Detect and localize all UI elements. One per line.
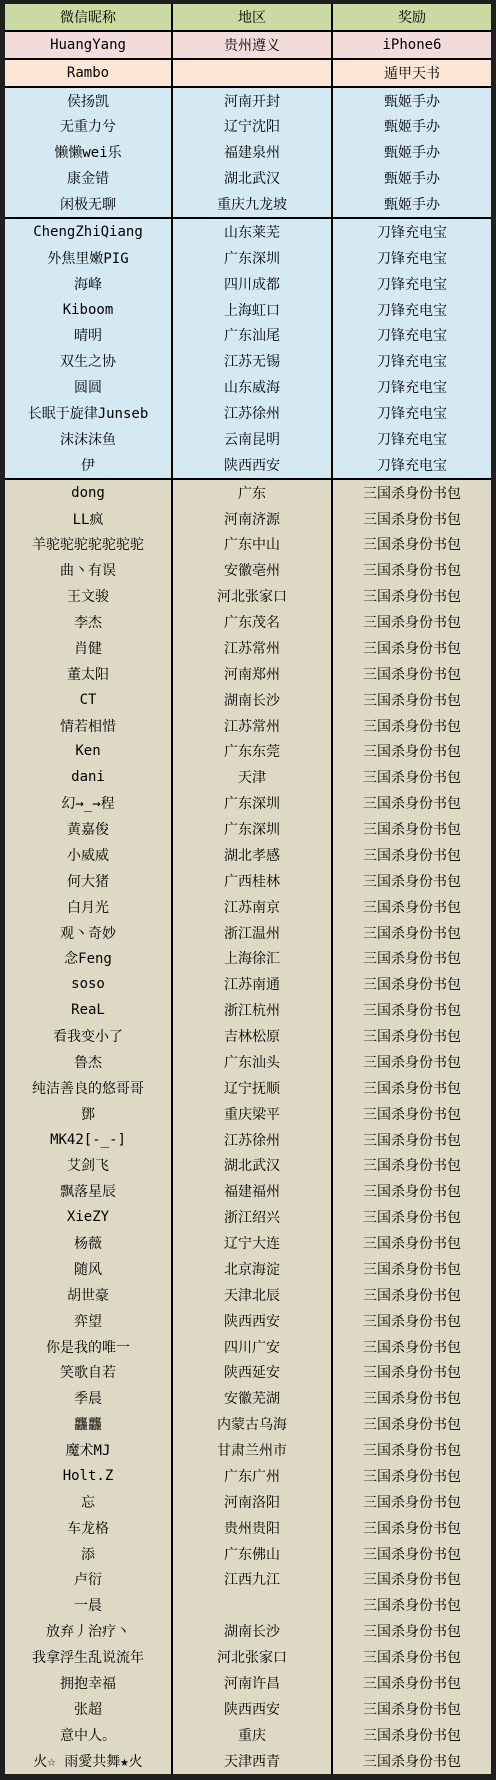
region-cell: 江苏常州: [173, 713, 333, 739]
region-cell: 广西桂林: [173, 868, 333, 894]
region-cell: 山东威海: [173, 374, 333, 400]
reward-cell: 三国杀身份书包: [333, 1127, 491, 1153]
nickname-cell: 圆圆: [5, 374, 173, 400]
bookbag-prize-row: 纯洁善良的悠哥哥辽宁抚顺三国杀身份书包: [5, 1075, 491, 1101]
reward-cell: 三国杀身份书包: [333, 1230, 491, 1256]
nickname-cell: 康金错: [5, 165, 173, 191]
powerbank-prize-row: 海峰四川成都刀锋充电宝: [5, 271, 491, 297]
region-cell: 北京海淀: [173, 1256, 333, 1282]
reward-cell: 三国杀身份书包: [333, 1463, 491, 1489]
bookbag-prize-row: 艾剑飞湖北武汉三国杀身份书包: [5, 1153, 491, 1179]
nickname-cell: 意中人。: [5, 1722, 173, 1748]
bookbag-prize-row: 意中人。重庆三国杀身份书包: [5, 1722, 491, 1748]
nickname-cell: 观丶奇妙: [5, 920, 173, 946]
nickname-cell: 懒懒wei乐: [5, 139, 173, 165]
bookbag-prize-row: 一晨三国杀身份书包: [5, 1592, 491, 1618]
bookbag-prize-row: XieZY浙江绍兴三国杀身份书包: [5, 1204, 491, 1230]
nickname-cell: dani: [5, 764, 173, 790]
region-cell: 湖北武汉: [173, 1153, 333, 1179]
nickname-cell: 拥抱幸福: [5, 1670, 173, 1696]
bookbag-prize-row: 随风北京海淀三国杀身份书包: [5, 1256, 491, 1282]
region-cell: 重庆九龙坡: [173, 191, 333, 217]
region-cell: 浙江温州: [173, 920, 333, 946]
nickname-cell: 外焦里嫩PIG: [5, 245, 173, 271]
bookbag-prize-row: 放弃丿治疗丶湖南长沙三国杀身份书包: [5, 1618, 491, 1644]
bookbag-prize-row: ReaL浙江杭州三国杀身份书包: [5, 997, 491, 1023]
column-header-region: 地区: [173, 4, 333, 30]
bookbag-prize-row: 王文骏河北张家口三国杀身份书包: [5, 583, 491, 609]
nickname-cell: 杨薇: [5, 1230, 173, 1256]
reward-cell: 三国杀身份书包: [333, 1204, 491, 1230]
reward-cell: 三国杀身份书包: [333, 1515, 491, 1541]
bookbag-prize-row: 你是我的唯一四川广安三国杀身份书包: [5, 1334, 491, 1360]
reward-cell: 三国杀身份书包: [333, 1541, 491, 1567]
reward-cell: 三国杀身份书包: [333, 1360, 491, 1386]
region-cell: 辽宁沈阳: [173, 114, 333, 140]
table-header-row: 微信昵称 地区 奖励: [5, 4, 491, 30]
reward-cell: 刀锋充电宝: [333, 297, 491, 323]
region-cell: 广东东莞: [173, 739, 333, 765]
bookbag-prize-row: 季晨安徽芜湖三国杀身份书包: [5, 1385, 491, 1411]
bookbag-prize-row: LL疯河南济源三国杀身份书包: [5, 506, 491, 532]
reward-cell: 三国杀身份书包: [333, 635, 491, 661]
nickname-cell: 火☆ 雨愛共舞★火: [5, 1748, 173, 1774]
reward-cell: 甄姬手办: [333, 139, 491, 165]
special-prize-row: Rambo遁甲天书: [5, 58, 491, 86]
region-cell: 天津北辰: [173, 1282, 333, 1308]
reward-cell: 三国杀身份书包: [333, 1308, 491, 1334]
region-cell: 安徽芜湖: [173, 1385, 333, 1411]
reward-cell: 三国杀身份书包: [333, 1696, 491, 1722]
region-cell: 河南许昌: [173, 1670, 333, 1696]
region-cell: 湖北武汉: [173, 165, 333, 191]
nickname-cell: 忘: [5, 1489, 173, 1515]
nickname-cell: 放弃丿治疗丶: [5, 1618, 173, 1644]
region-cell: 江苏无锡: [173, 348, 333, 374]
nickname-cell: Holt.Z: [5, 1463, 173, 1489]
region-cell: 广东深圳: [173, 816, 333, 842]
bookbag-prize-row: CT湖南长沙三国杀身份书包: [5, 687, 491, 713]
region-cell: 江苏徐州: [173, 1127, 333, 1153]
reward-cell: 甄姬手办: [333, 88, 491, 114]
region-cell: 陕西延安: [173, 1360, 333, 1386]
nickname-cell: 黄嘉俊: [5, 816, 173, 842]
region-cell: 辽宁大连: [173, 1230, 333, 1256]
region-cell: 四川广安: [173, 1334, 333, 1360]
bookbag-prize-row: 看我变小了吉林松原三国杀身份书包: [5, 1023, 491, 1049]
reward-cell: 刀锋充电宝: [333, 452, 491, 478]
nickname-cell: 魔术MJ: [5, 1437, 173, 1463]
figurine-prize-row: 侯扬凯河南开封甄姬手办: [5, 86, 491, 114]
region-cell: 江西九江: [173, 1567, 333, 1593]
reward-cell: 三国杀身份书包: [333, 816, 491, 842]
region-cell: 上海徐汇: [173, 946, 333, 972]
column-header-nickname: 微信昵称: [5, 4, 173, 30]
bookbag-prize-row: 拥抱幸福河南许昌三国杀身份书包: [5, 1670, 491, 1696]
figurine-prize-row: 懒懒wei乐福建泉州甄姬手办: [5, 139, 491, 165]
nickname-cell: 一晨: [5, 1592, 173, 1618]
reward-cell: 三国杀身份书包: [333, 920, 491, 946]
nickname-cell: 沫沫沫鱼: [5, 426, 173, 452]
reward-cell: 三国杀身份书包: [333, 1101, 491, 1127]
nickname-cell: 我拿浮生乱说流年: [5, 1644, 173, 1670]
nickname-cell: 看我变小了: [5, 1023, 173, 1049]
powerbank-prize-row: 外焦里嫩PIG广东深圳刀锋充电宝: [5, 245, 491, 271]
reward-cell: 三国杀身份书包: [333, 1592, 491, 1618]
bookbag-prize-row: soso江苏南通三国杀身份书包: [5, 971, 491, 997]
reward-cell: 刀锋充电宝: [333, 400, 491, 426]
nickname-cell: soso: [5, 971, 173, 997]
bookbag-prize-row: 飘落星辰福建福州三国杀身份书包: [5, 1178, 491, 1204]
region-cell: 福建福州: [173, 1178, 333, 1204]
region-cell: 江苏常州: [173, 635, 333, 661]
region-cell: 陕西西安: [173, 452, 333, 478]
region-cell: [173, 1592, 333, 1618]
region-cell: [173, 60, 333, 86]
nickname-cell: 幻→_→程: [5, 790, 173, 816]
region-cell: 湖南长沙: [173, 1618, 333, 1644]
region-cell: 江苏南通: [173, 971, 333, 997]
nickname-cell: 闲极无聊: [5, 191, 173, 217]
reward-cell: 刀锋充电宝: [333, 323, 491, 349]
reward-cell: 三国杀身份书包: [333, 842, 491, 868]
reward-cell: 三国杀身份书包: [333, 687, 491, 713]
bookbag-prize-row: 弈望陕西西安三国杀身份书包: [5, 1308, 491, 1334]
nickname-cell: 胡世豪: [5, 1282, 173, 1308]
nickname-cell: 鄧: [5, 1101, 173, 1127]
powerbank-prize-row: ChengZhiQiang山东莱芜刀锋充电宝: [5, 217, 491, 245]
bookbag-prize-row: dong广东三国杀身份书包: [5, 478, 491, 506]
region-cell: 河北张家口: [173, 1644, 333, 1670]
region-cell: 广东茂名: [173, 609, 333, 635]
nickname-cell: 卢衍: [5, 1567, 173, 1593]
column-header-reward: 奖励: [333, 4, 491, 30]
powerbank-prize-row: 沫沫沫鱼云南昆明刀锋充电宝: [5, 426, 491, 452]
region-cell: 河南济源: [173, 506, 333, 532]
reward-cell: 三国杀身份书包: [333, 1075, 491, 1101]
bookbag-prize-row: 羊驼驼驼驼驼驼驼广东中山三国杀身份书包: [5, 532, 491, 558]
region-cell: 陕西西安: [173, 1308, 333, 1334]
region-cell: 贵州遵义: [173, 32, 333, 58]
nickname-cell: 双生之协: [5, 348, 173, 374]
region-cell: 湖北孝感: [173, 842, 333, 868]
reward-cell: 三国杀身份书包: [333, 894, 491, 920]
bookbag-prize-row: 我拿浮生乱说流年河北张家口三国杀身份书包: [5, 1644, 491, 1670]
reward-cell: 三国杀身份书包: [333, 1023, 491, 1049]
nickname-cell: 李杰: [5, 609, 173, 635]
reward-cell: 三国杀身份书包: [333, 506, 491, 532]
nickname-cell: 季晨: [5, 1385, 173, 1411]
bookbag-prize-row: 幻→_→程广东深圳三国杀身份书包: [5, 790, 491, 816]
bookbag-prize-row: 李杰广东茂名三国杀身份书包: [5, 609, 491, 635]
figurine-prize-row: 无重力兮辽宁沈阳甄姬手办: [5, 114, 491, 140]
reward-cell: 三国杀身份书包: [333, 609, 491, 635]
bookbag-prize-row: 曲丶有误安徽亳州三国杀身份书包: [5, 557, 491, 583]
region-cell: 广东: [173, 480, 333, 506]
nickname-cell: 龘龘: [5, 1411, 173, 1437]
bookbag-prize-row: 董太阳河南郑州三国杀身份书包: [5, 661, 491, 687]
bookbag-prize-row: Ken广东东莞三国杀身份书包: [5, 739, 491, 765]
reward-cell: 三国杀身份书包: [333, 1411, 491, 1437]
nickname-cell: HuangYang: [5, 32, 173, 58]
nickname-cell: 飘落星辰: [5, 1178, 173, 1204]
bookbag-prize-row: 杨薇辽宁大连三国杀身份书包: [5, 1230, 491, 1256]
reward-cell: 三国杀身份书包: [333, 713, 491, 739]
bookbag-prize-row: 鲁杰广东汕头三国杀身份书包: [5, 1049, 491, 1075]
nickname-cell: 晴明: [5, 323, 173, 349]
region-cell: 贵州贵阳: [173, 1515, 333, 1541]
nickname-cell: 海峰: [5, 271, 173, 297]
region-cell: 河南洛阳: [173, 1489, 333, 1515]
bookbag-prize-row: 添广东佛山三国杀身份书包: [5, 1541, 491, 1567]
nickname-cell: 肖健: [5, 635, 173, 661]
bookbag-prize-row: 情若相惜江苏常州三国杀身份书包: [5, 713, 491, 739]
region-cell: 浙江绍兴: [173, 1204, 333, 1230]
reward-cell: 三国杀身份书包: [333, 1282, 491, 1308]
reward-cell: 三国杀身份书包: [333, 1722, 491, 1748]
bookbag-prize-row: 黄嘉俊广东深圳三国杀身份书包: [5, 816, 491, 842]
nickname-cell: dong: [5, 480, 173, 506]
bookbag-prize-row: 魔术MJ甘肃兰州市三国杀身份书包: [5, 1437, 491, 1463]
reward-cell: 三国杀身份书包: [333, 480, 491, 506]
reward-cell: 三国杀身份书包: [333, 1256, 491, 1282]
region-cell: 安徽亳州: [173, 557, 333, 583]
reward-cell: 三国杀身份书包: [333, 739, 491, 765]
grand-prize-row: HuangYang贵州遵义iPhone6: [5, 30, 491, 58]
nickname-cell: 笑歌自若: [5, 1360, 173, 1386]
reward-cell: 刀锋充电宝: [333, 374, 491, 400]
powerbank-prize-row: 圆圆山东威海刀锋充电宝: [5, 374, 491, 400]
region-cell: 河北张家口: [173, 583, 333, 609]
powerbank-prize-row: 晴明广东汕尾刀锋充电宝: [5, 323, 491, 349]
nickname-cell: 你是我的唯一: [5, 1334, 173, 1360]
reward-cell: 三国杀身份书包: [333, 1644, 491, 1670]
bookbag-prize-row: 张超陕西西安三国杀身份书包: [5, 1696, 491, 1722]
nickname-cell: MK42[-_-]: [5, 1127, 173, 1153]
reward-cell: 三国杀身份书包: [333, 1049, 491, 1075]
reward-cell: 甄姬手办: [333, 165, 491, 191]
nickname-cell: 何大猪: [5, 868, 173, 894]
nickname-cell: Ken: [5, 739, 173, 765]
region-cell: 河南开封: [173, 88, 333, 114]
reward-cell: 三国杀身份书包: [333, 1670, 491, 1696]
reward-cell: 甄姬手办: [333, 114, 491, 140]
nickname-cell: Kiboom: [5, 297, 173, 323]
reward-cell: 三国杀身份书包: [333, 1437, 491, 1463]
region-cell: 广东中山: [173, 532, 333, 558]
bookbag-prize-row: 念Feng上海徐汇三国杀身份书包: [5, 946, 491, 972]
nickname-cell: 侯扬凯: [5, 88, 173, 114]
bookbag-prize-row: 车龙格贵州贵阳三国杀身份书包: [5, 1515, 491, 1541]
region-cell: 吉林松原: [173, 1023, 333, 1049]
nickname-cell: 艾剑飞: [5, 1153, 173, 1179]
region-cell: 上海虹口: [173, 297, 333, 323]
reward-cell: 三国杀身份书包: [333, 1618, 491, 1644]
reward-cell: 三国杀身份书包: [333, 1334, 491, 1360]
reward-cell: 刀锋充电宝: [333, 348, 491, 374]
nickname-cell: 白月光: [5, 894, 173, 920]
nickname-cell: 添: [5, 1541, 173, 1567]
reward-cell: 甄姬手办: [333, 191, 491, 217]
prize-winner-table: 微信昵称 地区 奖励 HuangYang贵州遵义iPhone6Rambo遁甲天书…: [5, 4, 491, 1773]
bookbag-prize-row: 小威威湖北孝感三国杀身份书包: [5, 842, 491, 868]
region-cell: 广东汕头: [173, 1049, 333, 1075]
reward-cell: 刀锋充电宝: [333, 271, 491, 297]
reward-cell: 三国杀身份书包: [333, 1567, 491, 1593]
region-cell: 山东莱芜: [173, 219, 333, 245]
nickname-cell: Rambo: [5, 60, 173, 86]
reward-cell: 三国杀身份书包: [333, 583, 491, 609]
reward-cell: 三国杀身份书包: [333, 1489, 491, 1515]
nickname-cell: 伊: [5, 452, 173, 478]
region-cell: 辽宁抚顺: [173, 1075, 333, 1101]
reward-cell: 三国杀身份书包: [333, 868, 491, 894]
bookbag-prize-row: 鄧重庆梁平三国杀身份书包: [5, 1101, 491, 1127]
region-cell: 广东深圳: [173, 790, 333, 816]
bookbag-prize-row: 胡世豪天津北辰三国杀身份书包: [5, 1282, 491, 1308]
nickname-cell: 弈望: [5, 1308, 173, 1334]
region-cell: 广东汕尾: [173, 323, 333, 349]
bookbag-prize-row: 忘河南洛阳三国杀身份书包: [5, 1489, 491, 1515]
reward-cell: 三国杀身份书包: [333, 997, 491, 1023]
reward-cell: iPhone6: [333, 32, 491, 58]
nickname-cell: CT: [5, 687, 173, 713]
nickname-cell: 鲁杰: [5, 1049, 173, 1075]
nickname-cell: 纯洁善良的悠哥哥: [5, 1075, 173, 1101]
reward-cell: 三国杀身份书包: [333, 790, 491, 816]
nickname-cell: 张超: [5, 1696, 173, 1722]
nickname-cell: 车龙格: [5, 1515, 173, 1541]
region-cell: 天津: [173, 764, 333, 790]
nickname-cell: 念Feng: [5, 946, 173, 972]
nickname-cell: ReaL: [5, 997, 173, 1023]
region-cell: 云南昆明: [173, 426, 333, 452]
reward-cell: 三国杀身份书包: [333, 532, 491, 558]
nickname-cell: LL疯: [5, 506, 173, 532]
region-cell: 陕西西安: [173, 1696, 333, 1722]
region-cell: 广东广州: [173, 1463, 333, 1489]
region-cell: 重庆: [173, 1722, 333, 1748]
reward-cell: 三国杀身份书包: [333, 1178, 491, 1204]
nickname-cell: 王文骏: [5, 583, 173, 609]
bookbag-prize-row: 肖健江苏常州三国杀身份书包: [5, 635, 491, 661]
region-cell: 四川成都: [173, 271, 333, 297]
reward-cell: 三国杀身份书包: [333, 971, 491, 997]
region-cell: 福建泉州: [173, 139, 333, 165]
bookbag-prize-row: 白月光江苏南京三国杀身份书包: [5, 894, 491, 920]
reward-cell: 遁甲天书: [333, 60, 491, 86]
region-cell: 湖南长沙: [173, 687, 333, 713]
reward-cell: 刀锋充电宝: [333, 245, 491, 271]
region-cell: 甘肃兰州市: [173, 1437, 333, 1463]
region-cell: 广东深圳: [173, 245, 333, 271]
reward-cell: 三国杀身份书包: [333, 764, 491, 790]
bookbag-prize-row: 卢衍江西九江三国杀身份书包: [5, 1567, 491, 1593]
bookbag-prize-row: 笑歌自若陕西延安三国杀身份书包: [5, 1360, 491, 1386]
reward-cell: 三国杀身份书包: [333, 946, 491, 972]
nickname-cell: 长眠于旋律Junseb: [5, 400, 173, 426]
nickname-cell: 羊驼驼驼驼驼驼驼: [5, 532, 173, 558]
reward-cell: 三国杀身份书包: [333, 557, 491, 583]
bookbag-prize-row: 龘龘内蒙古乌海三国杀身份书包: [5, 1411, 491, 1437]
nickname-cell: 无重力兮: [5, 114, 173, 140]
region-cell: 天津西青: [173, 1748, 333, 1774]
bookbag-prize-row: 观丶奇妙浙江温州三国杀身份书包: [5, 920, 491, 946]
winner-table-frame: 微信昵称 地区 奖励 HuangYang贵州遵义iPhone6Rambo遁甲天书…: [0, 0, 496, 1780]
reward-cell: 三国杀身份书包: [333, 1385, 491, 1411]
reward-cell: 三国杀身份书包: [333, 1748, 491, 1774]
region-cell: 浙江杭州: [173, 997, 333, 1023]
bookbag-prize-row: Holt.Z广东广州三国杀身份书包: [5, 1463, 491, 1489]
nickname-cell: 董太阳: [5, 661, 173, 687]
bookbag-prize-row: 何大猪广西桂林三国杀身份书包: [5, 868, 491, 894]
nickname-cell: 曲丶有误: [5, 557, 173, 583]
bookbag-prize-row: dani天津三国杀身份书包: [5, 764, 491, 790]
region-cell: 河南郑州: [173, 661, 333, 687]
region-cell: 广东佛山: [173, 1541, 333, 1567]
nickname-cell: ChengZhiQiang: [5, 219, 173, 245]
nickname-cell: 情若相惜: [5, 713, 173, 739]
region-cell: 江苏南京: [173, 894, 333, 920]
powerbank-prize-row: 长眠于旋律Junseb江苏徐州刀锋充电宝: [5, 400, 491, 426]
powerbank-prize-row: 双生之协江苏无锡刀锋充电宝: [5, 348, 491, 374]
figurine-prize-row: 康金错湖北武汉甄姬手办: [5, 165, 491, 191]
region-cell: 重庆梁平: [173, 1101, 333, 1127]
region-cell: 江苏徐州: [173, 400, 333, 426]
powerbank-prize-row: Kiboom上海虹口刀锋充电宝: [5, 297, 491, 323]
bookbag-prize-row: 火☆ 雨愛共舞★火天津西青三国杀身份书包: [5, 1748, 491, 1774]
reward-cell: 三国杀身份书包: [333, 661, 491, 687]
nickname-cell: 小威威: [5, 842, 173, 868]
reward-cell: 刀锋充电宝: [333, 219, 491, 245]
nickname-cell: XieZY: [5, 1204, 173, 1230]
region-cell: 内蒙古乌海: [173, 1411, 333, 1437]
powerbank-prize-row: 伊陕西西安刀锋充电宝: [5, 452, 491, 478]
reward-cell: 三国杀身份书包: [333, 1153, 491, 1179]
nickname-cell: 随风: [5, 1256, 173, 1282]
bookbag-prize-row: MK42[-_-]江苏徐州三国杀身份书包: [5, 1127, 491, 1153]
reward-cell: 刀锋充电宝: [333, 426, 491, 452]
figurine-prize-row: 闲极无聊重庆九龙坡甄姬手办: [5, 191, 491, 217]
